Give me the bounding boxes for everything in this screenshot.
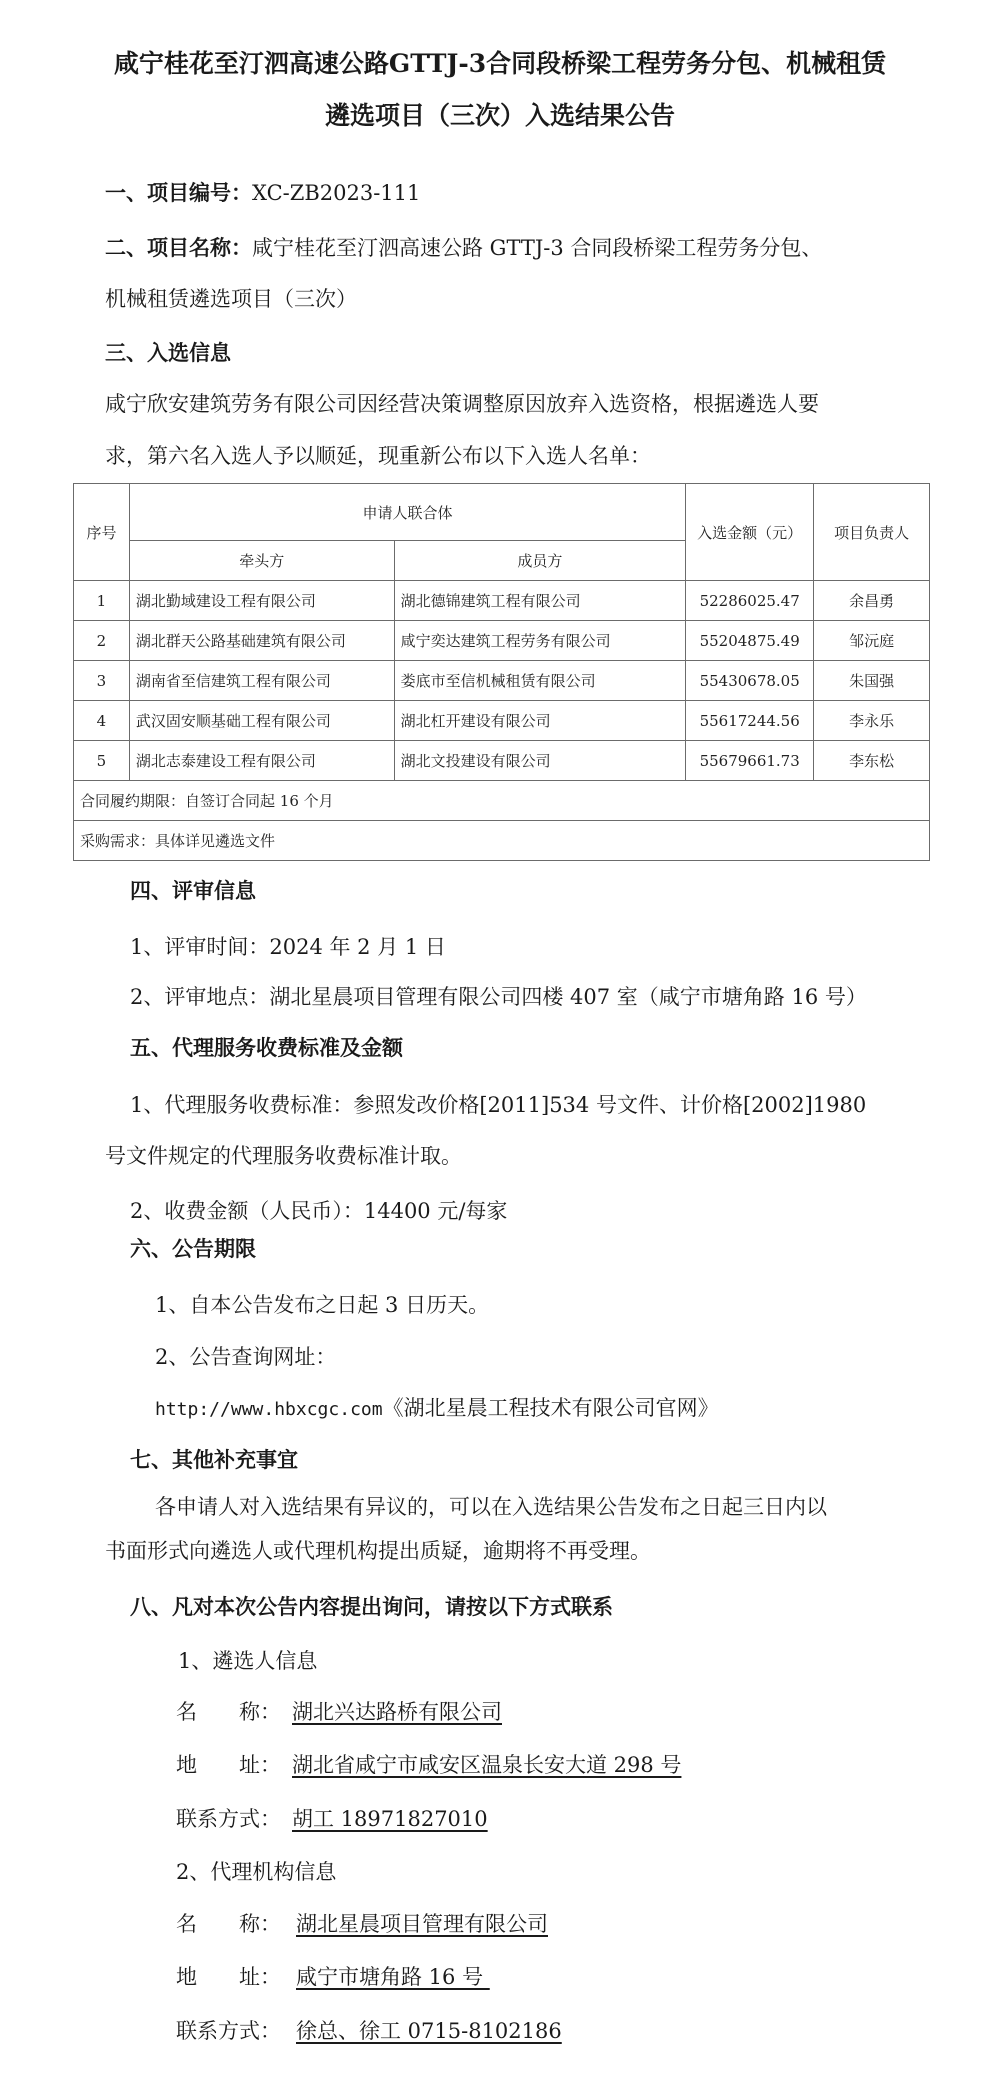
notice-url-suffix: 《湖北星晨工程技术有限公司官网》: [383, 1396, 719, 1420]
section-heading-contact: 八、凡对本次公告内容提出询问，请按以下方式联系: [130, 1593, 613, 1621]
row-index: 4: [74, 701, 130, 741]
row-lead: 湖北勤域建设工程有限公司: [129, 581, 394, 621]
fee-amount: 2、收费金额（人民币）：14400 元/每家: [130, 1197, 507, 1225]
review-time: 1、评审时间：2024 年 2 月 1 日: [130, 933, 446, 961]
header-lead: 牵头方: [129, 541, 394, 581]
row-member: 湖北杠开建设有限公司: [394, 701, 686, 741]
selector-contact-value: 胡工 18971827010: [292, 1807, 488, 1831]
agency-name: 名 称：湖北星晨项目管理有限公司: [176, 1910, 548, 1938]
row-member: 娄底市至信机械租赁有限公司: [394, 661, 686, 701]
notice-url-link[interactable]: http://www.hbxcgc.com: [155, 1399, 383, 1420]
project-number-value: XC-ZB2023-111: [252, 181, 420, 205]
header-member: 成员方: [394, 541, 686, 581]
row-manager: 李永乐: [814, 701, 930, 741]
section-heading-agency-fee: 五、代理服务收费标准及金额: [130, 1034, 403, 1062]
row-member: 湖北德锦建筑工程有限公司: [394, 581, 686, 621]
selector-address-value: 湖北省咸宁市咸安区温泉长安大道 298 号: [292, 1753, 681, 1777]
notice-url-line: http://www.hbxcgc.com《湖北星晨工程技术有限公司官网》: [155, 1394, 719, 1424]
agency-address-label: 地 址：: [176, 1963, 296, 1991]
agency-contact: 联系方式：徐总、徐工 0715-8102186: [176, 2017, 562, 2045]
row-amount: 55204875.49: [686, 621, 814, 661]
row-lead: 武汉固安顺基础工程有限公司: [129, 701, 394, 741]
row-index: 3: [74, 661, 130, 701]
agency-info-title: 2、代理机构信息: [176, 1858, 336, 1886]
selection-info-para-line1: 咸宁欣安建筑劳务有限公司因经营决策调整原因放弃入选资格，根据遴选人要: [105, 390, 819, 418]
selection-results-table: 序号 申请人联合体 入选金额（元） 项目负责人 牵头方 成员方 1 湖北勤域建设…: [73, 483, 930, 861]
table-row: 1 湖北勤域建设工程有限公司 湖北德锦建筑工程有限公司 52286025.47 …: [74, 581, 930, 621]
selector-address-label: 地 址：: [176, 1751, 292, 1779]
table-row: 2 湖北群天公路基础建筑有限公司 咸宁奕达建筑工程劳务有限公司 55204875…: [74, 621, 930, 661]
section-heading-selection-info: 三、入选信息: [105, 339, 231, 367]
selector-name: 名 称：湖北兴达路桥有限公司: [176, 1698, 502, 1726]
agency-address: 地 址：咸宁市塘角路 16 号: [176, 1963, 490, 1991]
project-number: 一、项目编号：XC-ZB2023-111: [105, 179, 420, 207]
section-heading-other-matters: 七、其他补充事宜: [130, 1446, 298, 1474]
header-index: 序号: [74, 484, 130, 581]
table-footer-row: 合同履约期限：自签订合同起 16 个月: [74, 781, 930, 821]
table-row: 3 湖南省至信建筑工程有限公司 娄底市至信机械租赁有限公司 55430678.0…: [74, 661, 930, 701]
row-amount: 55679661.73: [686, 741, 814, 781]
other-matters-line2: 书面形式向遴选人或代理机构提出质疑，逾期将不再受理。: [105, 1537, 651, 1565]
other-matters-line1: 各申请人对入选结果有异议的，可以在入选结果公告发布之日起三日内以: [155, 1493, 827, 1521]
header-consortium: 申请人联合体: [129, 484, 685, 541]
selector-name-label: 名 称：: [176, 1698, 292, 1726]
row-manager: 余昌勇: [814, 581, 930, 621]
selector-info-title: 1、遴选人信息: [178, 1647, 317, 1675]
document-title-line2: 遴选项目（三次）入选结果公告: [0, 99, 1000, 133]
selector-contact: 联系方式：胡工 18971827010: [176, 1805, 488, 1833]
contract-period: 合同履约期限：自签订合同起 16 个月: [74, 781, 930, 821]
project-name-line2: 机械租赁遴选项目（三次）: [105, 285, 357, 313]
document-title-line1: 咸宁桂花至汀泗高速公路GTTJ-3合同段桥梁工程劳务分包、机械租赁: [0, 47, 1000, 81]
row-index: 5: [74, 741, 130, 781]
project-name-value-line1: 咸宁桂花至汀泗高速公路 GTTJ-3 合同段桥梁工程劳务分包、: [252, 236, 822, 260]
row-index: 1: [74, 581, 130, 621]
agency-contact-value: 徐总、徐工 0715-8102186: [296, 2019, 562, 2043]
row-index: 2: [74, 621, 130, 661]
selector-contact-label: 联系方式：: [176, 1805, 292, 1833]
section-heading-notice-period: 六、公告期限: [130, 1235, 256, 1263]
notice-period-item2: 2、公告查询网址：: [155, 1343, 336, 1371]
row-amount: 52286025.47: [686, 581, 814, 621]
table-row: 5 湖北志泰建设工程有限公司 湖北文投建设有限公司 55679661.73 李东…: [74, 741, 930, 781]
row-manager: 邹沅庭: [814, 621, 930, 661]
project-number-label: 一、项目编号：: [105, 180, 252, 205]
selector-name-value: 湖北兴达路桥有限公司: [292, 1700, 502, 1724]
header-manager: 项目负责人: [814, 484, 930, 581]
agency-name-label: 名 称：: [176, 1910, 296, 1938]
table-row: 4 武汉固安顺基础工程有限公司 湖北杠开建设有限公司 55617244.56 李…: [74, 701, 930, 741]
review-location: 2、评审地点：湖北星晨项目管理有限公司四楼 407 室（咸宁市塘角路 16 号）: [130, 983, 867, 1011]
row-lead: 湖北志泰建设工程有限公司: [129, 741, 394, 781]
row-lead: 湖南省至信建筑工程有限公司: [129, 661, 394, 701]
table-footer-row: 采购需求：具体详见遴选文件: [74, 821, 930, 861]
notice-period-item1: 1、自本公告发布之日起 3 日历天。: [155, 1291, 489, 1319]
row-amount: 55430678.05: [686, 661, 814, 701]
row-lead: 湖北群天公路基础建筑有限公司: [129, 621, 394, 661]
fee-standard-line2: 号文件规定的代理服务收费标准计取。: [105, 1142, 462, 1170]
selector-address: 地 址：湖北省咸宁市咸安区温泉长安大道 298 号: [176, 1751, 681, 1779]
row-member: 咸宁奕达建筑工程劳务有限公司: [394, 621, 686, 661]
table-header-row: 序号 申请人联合体 入选金额（元） 项目负责人: [74, 484, 930, 541]
agency-address-value: 咸宁市塘角路 16 号: [296, 1965, 490, 1989]
selection-info-para-line2: 求，第六名入选人予以顺延，现重新公布以下入选人名单：: [105, 442, 651, 470]
row-member: 湖北文投建设有限公司: [394, 741, 686, 781]
header-amount: 入选金额（元）: [686, 484, 814, 581]
procurement-requirements: 采购需求：具体详见遴选文件: [74, 821, 930, 861]
row-manager: 李东松: [814, 741, 930, 781]
fee-standard-line1: 1、代理服务收费标准：参照发改价格[2011]534 号文件、计价格[2002]…: [130, 1091, 866, 1119]
section-heading-review-info: 四、评审信息: [130, 877, 256, 905]
row-manager: 朱国强: [814, 661, 930, 701]
project-name-label: 二、项目名称：: [105, 235, 252, 260]
project-name: 二、项目名称：咸宁桂花至汀泗高速公路 GTTJ-3 合同段桥梁工程劳务分包、: [105, 234, 822, 262]
agency-contact-label: 联系方式：: [176, 2017, 296, 2045]
agency-name-value: 湖北星晨项目管理有限公司: [296, 1912, 548, 1936]
row-amount: 55617244.56: [686, 701, 814, 741]
